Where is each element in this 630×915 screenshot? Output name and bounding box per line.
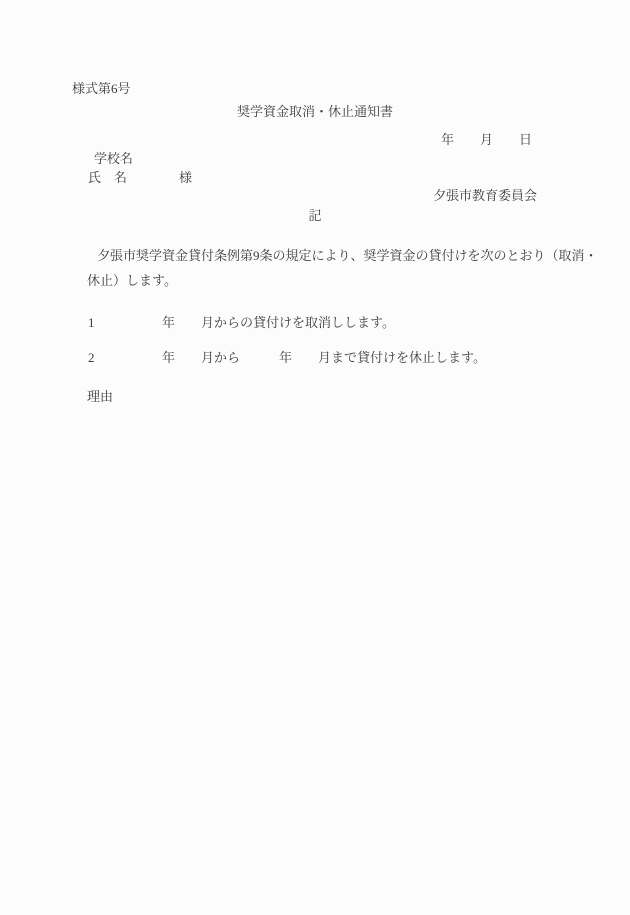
reason-label: 理由 (87, 389, 113, 405)
body-paragraph-line1: 夕張市奨学資金貸付条例第9条の規定により、奨学資金の貸付けを次のとおり（取消・ (97, 248, 598, 264)
school-name-label: 学校名 (94, 151, 133, 167)
record-separator: 記 (0, 208, 630, 224)
issuer-name: 夕張市教育委員会 (433, 188, 537, 204)
form-number: 様式第6号 (72, 81, 131, 97)
document-title: 奨学資金取消・休止通知書 (0, 104, 630, 120)
item-2-number: 2 (88, 350, 95, 366)
recipient-name-line: 氏 名 様 (88, 170, 192, 186)
notice-document-page: 様式第6号 奨学資金取消・休止通知書 年 月 日 学校名 氏 名 様 夕張市教育… (0, 0, 630, 915)
body-paragraph-line2: 休止）します。 (87, 273, 177, 289)
item-1-text: 年 月からの貸付けを取消しします。 (162, 315, 395, 331)
item-2-text: 年 月から 年 月まで貸付けを休止します。 (162, 350, 486, 366)
item-1-number: 1 (88, 315, 95, 331)
date-line: 年 月 日 (441, 132, 532, 148)
